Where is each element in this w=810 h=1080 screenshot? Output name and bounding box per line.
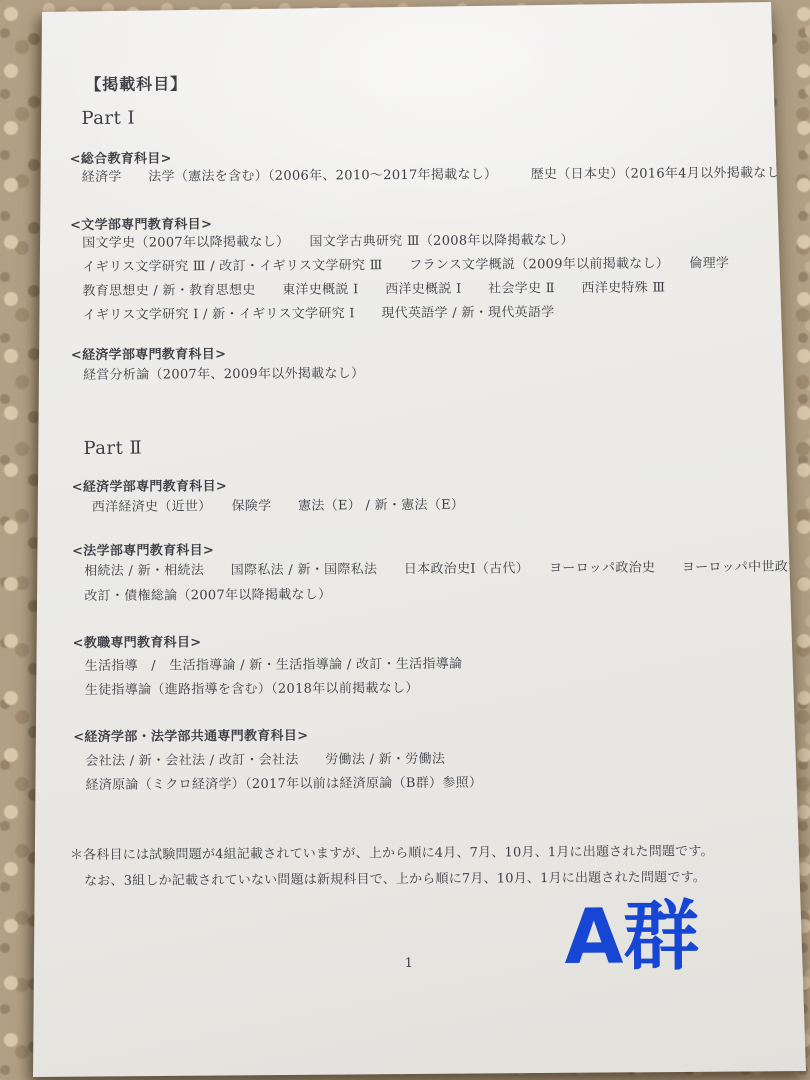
subject-line: 改訂・債権総論（2007年以降掲載なし） bbox=[84, 583, 331, 604]
subject-line: 会社法 / 新・会社法 / 改訂・会社法 労働法 / 新・労働法 bbox=[85, 748, 445, 769]
subject-line: 生徒指導論（進路指導を含む）（2018年以前掲載なし） bbox=[85, 677, 419, 698]
part-label: Part Ⅰ bbox=[81, 108, 135, 129]
subject-line: 教育思想史 / 新・教育思想史 東洋史概説 Ⅰ 西洋史概説 Ⅰ 社会学史 Ⅱ 西… bbox=[82, 276, 665, 299]
subject-line: 経営分析論（2007年、2009年以外掲載なし） bbox=[83, 362, 364, 383]
subject-line: 相続法 / 新・相続法 国際私法 / 新・国際私法 日本政治史Ⅰ（古代） ヨーロ… bbox=[84, 555, 810, 579]
page-number: 1 bbox=[405, 956, 414, 971]
subject-line: 経済学 法学（憲法を含む）（2006年、2010～2017年掲載なし） 歴史（日… bbox=[82, 162, 794, 185]
section-heading: <経済学部専門教育科目> bbox=[71, 343, 227, 363]
section-heading: <法学部専門教育科目> bbox=[72, 539, 214, 559]
section-heading: <教職専門教育科目> bbox=[73, 631, 202, 651]
part-label: Part Ⅱ bbox=[83, 438, 142, 459]
document-content: 【掲載科目】 Part Ⅰ<総合教育科目>経済学 法学（憲法を含む）（2006年… bbox=[0, 0, 810, 1080]
subject-line: 生活指導 / 生活指導論 / 新・生活指導論 / 改訂・生活指導論 bbox=[85, 653, 463, 674]
subject-line: 国文学史（2007年以降掲載なし） 国文学古典研究 Ⅲ（2008年以降掲載なし） bbox=[82, 229, 574, 251]
paper-sheet: 【掲載科目】 Part Ⅰ<総合教育科目>経済学 法学（憲法を含む）（2006年… bbox=[0, 0, 810, 1080]
subject-line: イギリス文学研究 Ⅲ / 改訂・イギリス文学研究 Ⅲ フランス文学概説（2009… bbox=[82, 252, 729, 275]
section-heading: <文学部専門教育科目> bbox=[70, 213, 212, 233]
section-heading: <経済学部専門教育科目> bbox=[72, 475, 228, 495]
footnote-line-2: なお、3組しか記載されていない問題は新規科目で、上から順に7月、10月、1月に出… bbox=[84, 866, 706, 889]
subject-line: 経済原論（ミクロ経済学）（2017年以前は経済原論（B群）参照） bbox=[85, 772, 482, 793]
parts-container: Part Ⅰ<総合教育科目>経済学 法学（憲法を含む）（2006年、2010～2… bbox=[0, 0, 807, 2]
paper-shadow: 【掲載科目】 Part Ⅰ<総合教育科目>経済学 法学（憲法を含む）（2006年… bbox=[0, 0, 810, 1080]
document-title: 【掲載科目】 bbox=[85, 71, 187, 95]
footnote-line-1: ＊各科目には試験問題が4組記載されていますが、上から順に4月、7月、10月、1月… bbox=[70, 840, 714, 863]
section-heading: <経済学部・法学部共通専門教育科目> bbox=[73, 725, 308, 745]
subject-line: イギリス文学研究 Ⅰ / 新・イギリス文学研究 Ⅰ 現代英語学 / 新・現代英語… bbox=[83, 301, 555, 323]
group-stamp: A群 bbox=[564, 898, 699, 975]
section-heading: <総合教育科目> bbox=[70, 147, 172, 167]
subject-line: 西洋経済史（近世） 保険学 憲法（E） / 新・憲法（E） bbox=[92, 494, 465, 515]
